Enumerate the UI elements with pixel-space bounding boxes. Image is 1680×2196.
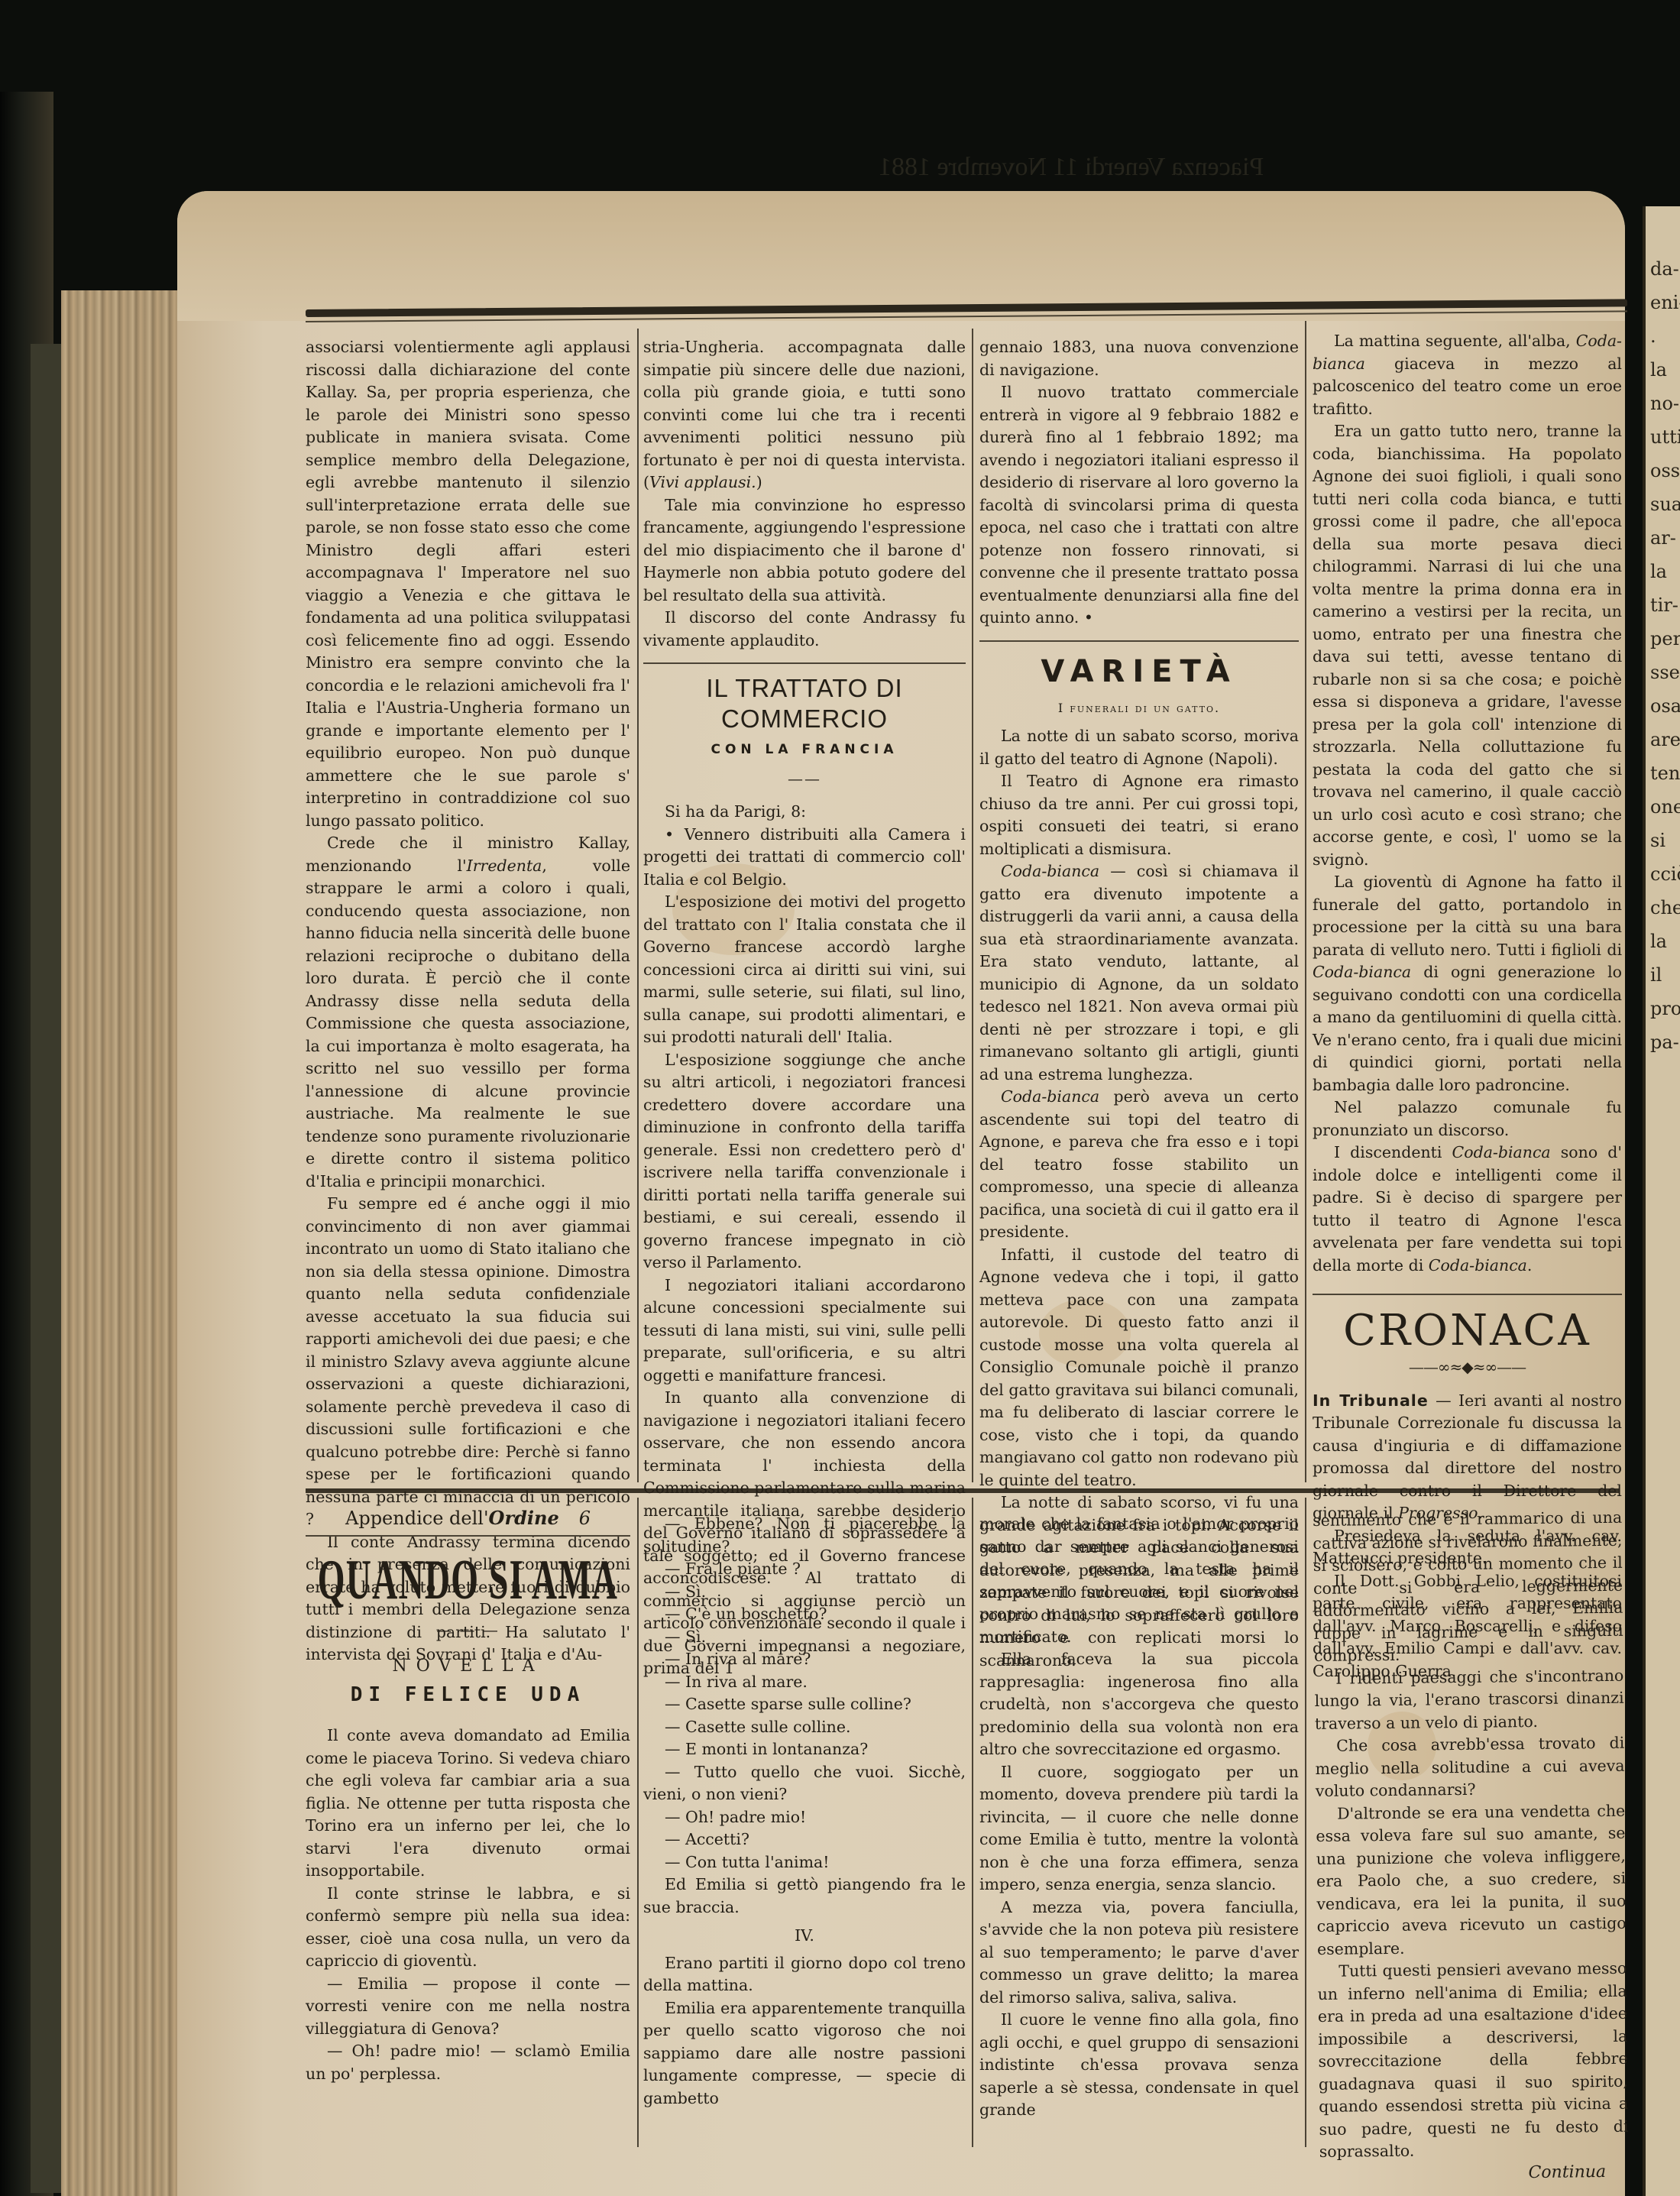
feuilleton-col2: — Ebbene? Non ti piacerebbe la solitudin… [643, 1513, 966, 2110]
paragraph: I discendenti Coda-bianca sono d' indole… [1313, 1142, 1622, 1277]
column-divider [972, 329, 973, 1482]
paragraph: I ridenti paesaggi che s'incontrano lung… [1314, 1664, 1624, 1735]
ornament: —— [643, 768, 966, 791]
column-divider [972, 1498, 973, 2147]
paragraph: stria-Ungheria. accompagnata dalle simpa… [643, 336, 966, 494]
chapter-number: IV. [643, 1925, 966, 1948]
adjacent-fragment: tir- [1650, 588, 1680, 622]
article-col4: La mattina seguente, all'alba, Coda-bian… [1313, 330, 1622, 1683]
paragraph: Si ha da Parigi, 8: [643, 801, 966, 824]
dialogue-line: — E monti in lontananza? [643, 1738, 966, 1761]
paragraph: morale che la fantasia o l'amor proprio … [979, 1513, 1299, 1648]
paragraph: Ed Emilia si gettò piangendo fra le sue … [643, 1874, 966, 1919]
paragraph: Era un gatto tutto nero, tranne la coda,… [1313, 420, 1622, 871]
adjacent-fragment: la [1650, 555, 1680, 588]
paragraph: Ella faceva la sua piccola rappresaglia:… [979, 1648, 1299, 1761]
paragraph: gennaio 1883, una nuova convenzione di n… [979, 336, 1299, 381]
paragraph: La gioventù di Agnone ha fatto il funera… [1313, 871, 1622, 1096]
paragraph: Il cuore le venne fino alla gola, fino a… [979, 2009, 1299, 2122]
dialogue-line: — Accetti? [643, 1828, 966, 1851]
paragraph: A mezza via, povera fanciulla, s'avvide … [979, 1896, 1299, 2010]
article-col3: gennaio 1883, una nuova convenzione di n… [979, 336, 1299, 1672]
paragraph: Il Teatro di Agnone era rimasto chiuso d… [979, 770, 1299, 860]
feuilleton-col1: Appendice dell'Ordine6 QUANDO SI AMA — —… [306, 1507, 630, 2085]
heading-varieta: VARIETÀ [979, 653, 1299, 691]
paragraph: L'esposizione soggiunge che anche su alt… [643, 1049, 966, 1275]
column-divider [637, 329, 639, 1482]
adjacent-fragment: pro- [1650, 992, 1680, 1025]
paragraph: D'altronde se era una vendetta che essa … [1316, 1799, 1627, 1961]
paragraph: Erano partiti il giorno dopo col treno d… [643, 1952, 966, 1997]
subheading-francia: CON LA FRANCIA [643, 739, 966, 762]
feuilleton-col3: morale che la fantasia o l'amor proprio … [979, 1513, 1299, 2122]
dialogue-line: — Oh! padre mio! [643, 1806, 966, 1829]
paragraph: La mattina seguente, all'alba, Coda-bian… [1313, 330, 1622, 420]
paragraph: I negoziatori italiani accordarono alcun… [643, 1275, 966, 1388]
adjacent-fragment: utti [1650, 420, 1680, 454]
paragraph: Fu sempre ed é anche oggi il mio convinc… [306, 1193, 630, 1531]
paragraph: Il conte strinse le labbra, e si conferm… [306, 1883, 630, 1973]
paragraph: associarsi volentiermente agli applausi … [306, 336, 630, 832]
paragraph: Crede che il ministro Kallay, menzionand… [306, 832, 630, 1193]
flourish-ornament: ——∞≈◆≈∞—— [1313, 1356, 1622, 1379]
novel-title: QUANDO SI AMA [310, 1547, 625, 1613]
book-cover-edge [31, 344, 63, 2193]
dialogue-line: — In riva al mare. [643, 1671, 966, 1694]
adjacent-fragment: ar- [1650, 521, 1680, 555]
column-divider [1305, 321, 1306, 1482]
section-rule [643, 662, 966, 664]
paragraph: La notte di un sabato scorso, moriva il … [979, 725, 1299, 770]
paragraph: In Tribunale — Ieri avanti al nostro Tri… [1313, 1390, 1622, 1525]
paragraph: Il conte aveva domandato ad Emilia come … [306, 1725, 630, 1883]
dialogue-line: — Casette sulle colline. [643, 1716, 966, 1739]
paragraph: Il cuore, soggiogato per un momento, dov… [979, 1761, 1299, 1896]
adjacent-fragment: one [1650, 790, 1680, 824]
article-col2: stria-Ungheria. accompagnata dalle simpa… [643, 336, 966, 1680]
dialogue-line: — Fra le piante ? [643, 1558, 966, 1581]
dialogue-line: — Ebbene? Non ti piacerebbe la solitudin… [643, 1513, 966, 1558]
section-rule [979, 640, 1299, 642]
adjacent-fragment: la [1650, 925, 1680, 958]
heading-cronaca: CRONACA [1313, 1306, 1622, 1356]
paragraph: Tutti questi pensieri avevano messo un i… [1317, 1958, 1629, 2164]
paragraph: Infatti, il custode del teatro di Agnone… [979, 1244, 1299, 1492]
continua-label: Continua [1319, 2160, 1629, 2186]
adjacent-fragment: are, [1650, 723, 1680, 756]
dialogue-line: — Sì. [643, 1581, 966, 1604]
showthrough-header: Piacenza Venerdi 11 Novembre 1881 [879, 153, 1264, 182]
adjacent-fragment: eni- [1650, 286, 1680, 319]
adjacent-fragment: si [1650, 824, 1680, 857]
adjacent-fragment: sse [1650, 656, 1680, 689]
dialogue-line: — Sì. [643, 1626, 966, 1649]
dialogue-line: — Con tutta l'anima! [643, 1851, 966, 1874]
adjacent-fragment: ossi [1650, 454, 1680, 487]
appendice-label: Appendice dell'Ordine6 [306, 1507, 630, 1530]
paragraph: Coda-bianca però aveva un certo ascenden… [979, 1086, 1299, 1244]
column-divider [637, 1498, 639, 2147]
section-rule [306, 1535, 630, 1537]
paragraph: Coda-bianca — così si chiamava il gatto … [979, 860, 1299, 1086]
adjacent-fragment: ten- [1650, 756, 1680, 790]
section-rule [1313, 1294, 1622, 1295]
adjacent-fragment: sua [1650, 487, 1680, 521]
paragraph: sentimento che è il rammarico di una cat… [1313, 1507, 1623, 1668]
paragraph: • Vennero distribuiti alla Camera i prog… [643, 824, 966, 892]
paragraph: Tale mia convinzione ho espresso francam… [643, 494, 966, 607]
paragraph: — Oh! padre mio! — sclamò Emilia un po' … [306, 2040, 630, 2085]
heading-trattato: IL TRATTATO DI COMMERCIO [643, 673, 966, 734]
adjacent-fragment: che [1650, 891, 1680, 925]
paragraph: Nel palazzo comunale fu pronunziato un d… [1313, 1096, 1622, 1142]
adjacent-fragment: no- [1650, 387, 1680, 420]
paragraph: L'esposizione dei motivi del progetto de… [643, 891, 966, 1049]
adjacent-fragment: il [1650, 958, 1680, 992]
ornament: — — — [306, 1619, 630, 1642]
dialogue-line: — C'è un boschetto? [643, 1603, 966, 1626]
adjacent-fragment: . [1650, 319, 1680, 353]
subheading-funerali: I funerali di un gatto. [979, 697, 1299, 720]
runin-tribunale: In Tribunale [1313, 1391, 1429, 1410]
paragraph: Emilia era apparentemente tranquilla per… [643, 1997, 966, 2110]
column-divider [1305, 1498, 1306, 2147]
paragraph: Che cosa avrebb'essa trovato di meglio n… [1315, 1732, 1625, 1803]
adjacent-fragment: la [1650, 353, 1680, 387]
paragraph: — Emilia — propose il conte — vorresti v… [306, 1973, 630, 2041]
article-andrassy-col1: associarsi volentiermente agli applausi … [306, 336, 630, 1666]
novel-genre: NOVELLA [306, 1655, 630, 1678]
dialogue-line: — In riva al mare? [643, 1648, 966, 1671]
dialogue-line: — Tutto quello che vuoi. Sicchè, vieni, … [643, 1761, 966, 1806]
feuilleton-col4: sentimento che è il rammarico di una cat… [1313, 1507, 1629, 2186]
adjacent-fragment: per [1650, 622, 1680, 656]
adjacent-fragment: da- [1650, 252, 1680, 286]
adjacent-fragment: pa- [1650, 1025, 1680, 1059]
page-edges [61, 290, 183, 2196]
adjacent-fragment: osa; [1650, 689, 1680, 723]
adjacent-fragment: cciò [1650, 857, 1680, 891]
paragraph: Il nuovo trattato commerciale entrerà in… [979, 381, 1299, 630]
paragraph: Il discorso del conte Andrassy fu vivame… [643, 607, 966, 652]
dialogue-line: — Casette sparse sulle colline? [643, 1693, 966, 1716]
adjacent-page-text: da-eni-.lano-uttiossisuaar-latir-persseo… [1650, 252, 1680, 1059]
novel-author: DI FELICE UDA [306, 1684, 630, 1707]
